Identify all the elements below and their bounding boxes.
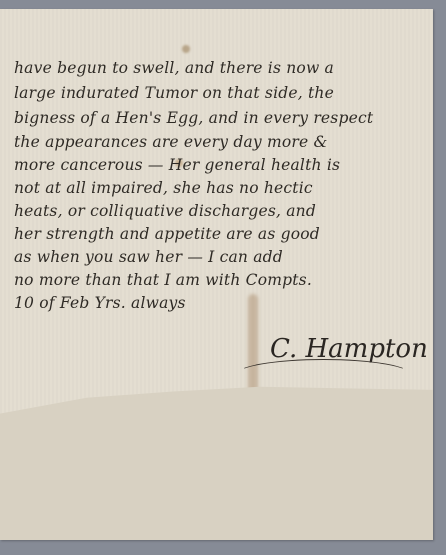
ink-spot [182,45,190,53]
letter-line: not at all impaired, she has no hectic [14,179,313,197]
letter-line: have begun to swell, and there is now a [14,59,334,77]
letter-line: more cancerous — Her general health is [14,156,340,174]
letter-line: large indurated Tumor on that side, the [14,84,334,102]
letter-line: bigness of a Hen's Egg, and in every res… [14,109,373,127]
letter-line: as when you saw her — I can add [14,248,283,266]
letter-line: heats, or colliquative discharges, and [14,202,316,220]
letter-line: the appearances are every day more & [14,133,328,151]
letter-line: 10 of Feb Yrs. always [14,294,186,312]
signature-flourish [235,359,412,391]
letter-line: her strength and appetite are as good [14,225,320,243]
letter-line: no more than that I am with Compts. [14,271,312,289]
torn-paper-lower-section [0,382,433,540]
